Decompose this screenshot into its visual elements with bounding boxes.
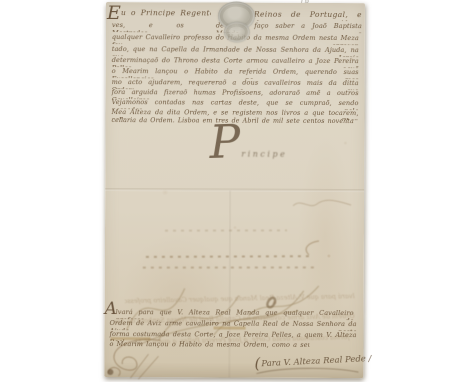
show-through-line xyxy=(165,229,287,231)
manuscript-line: Reinos de Portugal, e dos Algar xyxy=(254,10,362,21)
signature-flourish: ( xyxy=(254,354,261,372)
horizontal-fold-crease xyxy=(105,188,364,192)
royal-signature: rincipe xyxy=(241,150,287,160)
manuscript-sheet: E u o Principe Regente Reinos de Portuga… xyxy=(104,2,365,378)
manuscript-line: o Mearim lançou o Habito da mesma Ordem,… xyxy=(109,340,309,352)
petition-signature: (Para V. Alteza Real Pede / xyxy=(254,352,366,370)
ink-smudge xyxy=(111,337,151,340)
show-through-line xyxy=(146,255,314,258)
royal-signature-initial: P xyxy=(209,118,241,165)
manuscript-line: ves, e os Mestrados, xyxy=(112,21,184,32)
ink-smudge xyxy=(214,326,246,329)
embossed-seal-icon xyxy=(224,22,250,43)
show-through-line xyxy=(143,266,315,268)
photograph-of-manuscript: 18 E u o Principe Regente Reinos de Port… xyxy=(0,0,468,382)
manuscript-line: u o Principe Regente xyxy=(121,8,211,19)
show-through-squiggle xyxy=(291,196,353,212)
show-through-text: lvará para que V. Alteza Real Manda que … xyxy=(125,292,355,308)
